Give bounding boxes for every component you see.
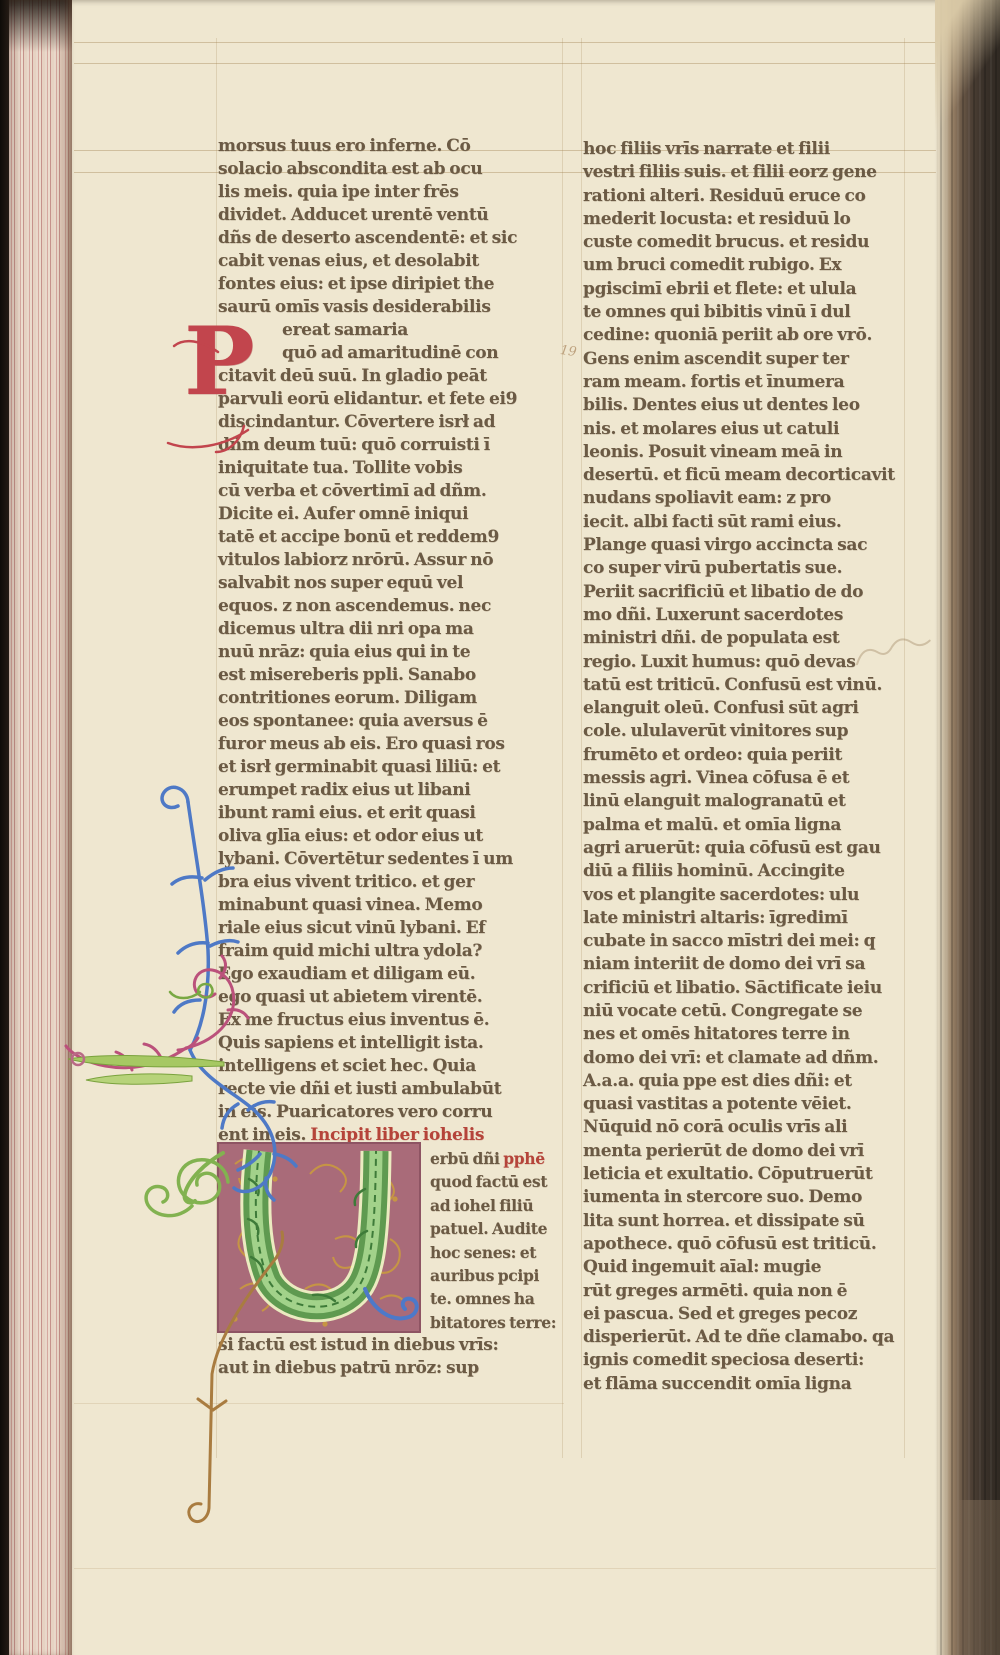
ink-text: cubate in sacco mīstri dei mei: q: [583, 931, 875, 951]
ink-text: co super virū pubertatis sue.: [583, 558, 842, 578]
ink-text: A.a.a. quia ppe est dies dñi: et: [583, 1071, 852, 1091]
ink-text: disperierūt. Ad te dñe clamabo. qa: [583, 1327, 894, 1347]
text-line: cabit venas eius, et desolabit: [218, 250, 517, 273]
ink-text: messis agri. Vinea cōfusa ē et: [583, 768, 849, 788]
ink-text: te. omnes ha: [430, 1289, 535, 1308]
ink-text: niam interiit de domo dei vrī sa: [583, 954, 865, 974]
ink-text: lita sunt horrea. et dissipate sū: [583, 1211, 865, 1231]
text-line: hoc senes: et: [430, 1241, 556, 1264]
ink-text: auribus pcipi: [430, 1266, 539, 1285]
ink-text: hoc senes: et: [430, 1243, 536, 1262]
ink-text: cedine: quoniā periit ab ore vrō.: [583, 325, 872, 345]
ink-text: bilis. Dentes eius ut dentes leo: [583, 395, 860, 415]
ink-text: erbū dñi: [430, 1149, 503, 1168]
text-line: leonis. Posuit vineam meā in: [583, 441, 895, 464]
ink-text: linū elanguit malogranatū et: [583, 791, 846, 811]
ink-text: solacio abscondita est ab ocu: [218, 159, 482, 179]
text-line: iumenta in stercore suo. Demo: [583, 1186, 895, 1209]
text-line: co super virū pubertatis sue.: [583, 557, 895, 580]
ink-text: iumenta in stercore suo. Demo: [583, 1187, 862, 1207]
ink-text: mo dñi. Luxerunt sacerdotes: [583, 605, 843, 625]
text-line: hoc filiis vrīs narrate et filii: [583, 138, 895, 161]
ink-text: ministri dñi. de populata est: [583, 628, 839, 648]
ink-text: equos. z non ascendemus. nec: [218, 596, 491, 616]
text-line: est misereberis ppli. Sanabo: [218, 664, 517, 687]
ink-text: um bruci comedit rubigo. Ex: [583, 255, 841, 275]
ruling-line: [74, 63, 936, 64]
flourish-strokes: [168, 341, 248, 452]
page-edges-right-lower: [950, 1500, 1000, 1655]
ink-text: nuū nrāz: quia eius qui in te: [218, 642, 470, 662]
text-line: nes et omēs hitatores terre in: [583, 1023, 895, 1046]
border-vine-decoration: [42, 738, 302, 1578]
ink-text: ad iohel filiū: [430, 1196, 533, 1215]
text-line: dñs de deserto ascendentē: et sic: [218, 227, 517, 250]
text-line: patuel. Audite: [430, 1217, 556, 1240]
ink-text: rationi alteri. Residuū eruce co: [583, 186, 866, 206]
page-edges-right: [935, 0, 1000, 1655]
text-line: A.a.a. quia ppe est dies dñi: et: [583, 1070, 895, 1093]
text-line: rūt greges armēti. quia non ē: [583, 1280, 895, 1303]
ink-text: rūt greges armēti. quia non ē: [583, 1281, 847, 1301]
text-line: ram meam. fortis et īnumera: [583, 371, 895, 394]
ink-text: est misereberis ppli. Sanabo: [218, 665, 476, 685]
ink-text: palma et malū. et omīa ligna: [583, 815, 841, 835]
text-line: nis. et molares eius ut catuli: [583, 418, 895, 441]
text-line: pgiscimī ebrii et flete: et ulula: [583, 278, 895, 301]
ink-text: Periit sacrificiū et libatio de do: [583, 582, 863, 602]
ink-text: hoc filiis vrīs narrate et filii: [583, 139, 830, 159]
text-line: Plange quasi virgo accincta sac: [583, 534, 895, 557]
ink-text: ram meam. fortis et īnumera: [583, 372, 844, 392]
text-line: crificiū et libatio. Sāctificate ieiu: [583, 977, 895, 1000]
text-line: frumēto et ordeo: quia periit: [583, 744, 895, 767]
text-line: dividet. Adducet urentē ventū: [218, 204, 517, 227]
dropcap-flourish: [148, 326, 298, 466]
text-line: diū a filiis hominū. Accingite: [583, 860, 895, 883]
text-line: equos. z non ascendemus. nec: [218, 595, 517, 618]
text-line: cedine: quoniā periit ab ore vrō.: [583, 324, 895, 347]
ink-text: eos spontanee: quia aversus ē: [218, 711, 488, 731]
page-curl-highlight: [935, 0, 1000, 130]
ink-text: quō ad amaritudinē con: [282, 343, 498, 363]
ink-text: dividet. Adducet urentē ventū: [218, 205, 488, 225]
text-line: auribus pcipi: [430, 1264, 556, 1287]
book-gutter-edge: [0, 0, 9, 1655]
text-line: lita sunt horrea. et dissipate sū: [583, 1210, 895, 1233]
text-line: vitulos labiorz nrōrū. Assur nō: [218, 549, 517, 572]
ink-text: saurū omīs vasis desiderabilis: [218, 297, 491, 317]
ink-text: tatē et accipe bonū et reddem9: [218, 527, 499, 547]
text-line: nuū nrāz: quia eius qui in te: [218, 641, 517, 664]
text-line: vos et plangite sacerdotes: ulu: [583, 884, 895, 907]
ink-text: Plange quasi virgo accincta sac: [583, 535, 867, 555]
ink-text: custe comedit brucus. et residu: [583, 232, 869, 252]
text-line: ei pascua. Sed et greges pecoz: [583, 1303, 895, 1326]
ruling-line: [562, 38, 563, 1458]
text-line: desertū. et ficū meam decorticavit: [583, 464, 895, 487]
ink-text: vitulos labiorz nrōrū. Assur nō: [218, 550, 493, 570]
ink-text: agri aruerūt: quia cōfusū est gau: [583, 838, 881, 858]
ink-text: Dicite ei. Aufer omnē iniqui: [218, 504, 468, 524]
text-line: saurū omīs vasis desiderabilis: [218, 296, 517, 319]
text-line: cū verba et cōvertimī ad dñm.: [218, 480, 517, 503]
folio-mark: 19: [559, 343, 577, 360]
text-line: cole. ululaverūt vinitores sup: [583, 720, 895, 743]
ink-text: domo dei vrī: et clamate ad dñm.: [583, 1048, 878, 1068]
ink-text: desertū. et ficū meam decorticavit: [583, 465, 895, 485]
ink-text: lis meis. quia ipe inter frēs: [218, 182, 459, 202]
ink-text: tatū est triticū. Confusū est vinū.: [583, 675, 882, 695]
text-line: Quid ingemuit aīal: mugie: [583, 1256, 895, 1279]
text-line: late ministri altaris: īgredimī: [583, 907, 895, 930]
text-line: leticia et exultatio. Cōputruerūt: [583, 1163, 895, 1186]
text-line: menta perierūt de domo dei vrī: [583, 1140, 895, 1163]
ruling-line: [581, 38, 582, 1458]
ink-text: nes et omēs hitatores terre in: [583, 1024, 850, 1044]
ink-text: et flāma succendit omīa ligna: [583, 1374, 851, 1394]
text-line: ad iohel filiū: [430, 1194, 556, 1217]
text-line: bitatores terre:: [430, 1311, 556, 1334]
text-line: fontes eius: et ipse diripiet the: [218, 273, 517, 296]
ink-text: menta perierūt de domo dei vrī: [583, 1141, 864, 1161]
text-line: rationi alteri. Residuū eruce co: [583, 185, 895, 208]
text-line: dicemus ultra dii nri opa ma: [218, 618, 517, 641]
rubric-text: pphē: [503, 1149, 545, 1168]
ink-text: regio. Luxit humus: quō devas: [583, 652, 855, 672]
text-line: Dicite ei. Aufer omnē iniqui: [218, 503, 517, 526]
ink-text: diū a filiis hominū. Accingite: [583, 861, 845, 881]
text-line: eos spontanee: quia aversus ē: [218, 710, 517, 733]
text-line: tatū est triticū. Confusū est vinū.: [583, 674, 895, 697]
vine-pink-stem: [66, 956, 248, 1070]
text-line: Gens enim ascendit super ter: [583, 348, 895, 371]
text-line: niū vocate cetū. Congregate se: [583, 1000, 895, 1023]
text-line: bilis. Dentes eius ut dentes leo: [583, 394, 895, 417]
ink-text: cole. ululaverūt vinitores sup: [583, 721, 848, 741]
text-line: quod factū est: [430, 1170, 556, 1193]
ruling-line: [904, 38, 905, 1458]
text-line: disperierūt. Ad te dñe clamabo. qa: [583, 1326, 895, 1349]
text-line: solacio abscondita est ab ocu: [218, 158, 517, 181]
ink-text: patuel. Audite: [430, 1219, 547, 1238]
text-line: agri aruerūt: quia cōfusū est gau: [583, 837, 895, 860]
text-line: te. omnes ha: [430, 1287, 556, 1310]
ink-text: vestri filiis suis. et filii eorz gene: [583, 162, 877, 182]
text-line: lis meis. quia ipe inter frēs: [218, 181, 517, 204]
ink-text: contritiones eorum. Diligam: [218, 688, 477, 708]
text-line: contritiones eorum. Diligam: [218, 687, 517, 710]
ink-text: apothece. quō cōfusū est triticū.: [583, 1234, 876, 1254]
text-line: Nūquid nō corā oculis vrīs ali: [583, 1116, 895, 1139]
ink-text: morsus tuus ero inferne. Cō: [218, 136, 470, 156]
ink-text: frumēto et ordeo: quia periit: [583, 745, 842, 765]
text-line: nudans spoliavit eam: z pro: [583, 487, 895, 510]
text-line: quasi vastitas a potente vēiet.: [583, 1093, 895, 1116]
ink-text: cū verba et cōvertimī ad dñm.: [218, 481, 486, 501]
ink-text: Gens enim ascendit super ter: [583, 349, 849, 369]
manuscript-photo: morsus tuus ero inferne. Cōsolacio absco…: [0, 0, 1000, 1655]
ink-text: ereat samaria: [282, 320, 408, 340]
ink-text: leticia et exultatio. Cōputruerūt: [583, 1164, 873, 1184]
text-line: tatē et accipe bonū et reddem9: [218, 526, 517, 549]
right-column-text: hoc filiis vrīs narrate et filiivestri f…: [583, 138, 895, 1396]
ink-text: cabit venas eius, et desolabit: [218, 251, 479, 271]
text-line: um bruci comedit rubigo. Ex: [583, 254, 895, 277]
vine-brown-stem: [189, 1232, 283, 1522]
text-line: et flāma succendit omīa ligna: [583, 1373, 895, 1396]
ink-text: bitatores terre:: [430, 1313, 556, 1332]
ink-text: quod factū est: [430, 1172, 547, 1191]
text-line: palma et malū. et omīa ligna: [583, 814, 895, 837]
ink-text: iecit. albi facti sūt rami eius.: [583, 512, 841, 532]
ink-text: te omnes qui bibitis vinū ī dul: [583, 302, 850, 322]
ink-text: crificiū et libatio. Sāctificate ieiu: [583, 978, 882, 998]
text-line: morsus tuus ero inferne. Cō: [218, 135, 517, 158]
ink-text: nudans spoliavit eam: z pro: [583, 488, 831, 508]
text-line: mederit locusta: et residuū lo: [583, 208, 895, 231]
left-column-text-beside-initial: erbū dñi pphēquod factū estad iohel fili…: [430, 1147, 556, 1334]
text-line: niam interiit de domo dei vrī sa: [583, 953, 895, 976]
ink-text: quasi vastitas a potente vēiet.: [583, 1094, 852, 1114]
text-line: cubate in sacco mīstri dei mei: q: [583, 930, 895, 953]
ink-text: Nūquid nō corā oculis vrīs ali: [583, 1117, 847, 1137]
ink-text: elanguit oleū. Confusi sūt agri: [583, 698, 859, 718]
text-line: messis agri. Vinea cōfusa ē et: [583, 767, 895, 790]
ruling-line: [74, 42, 936, 43]
text-line: elanguit oleū. Confusi sūt agri: [583, 697, 895, 720]
text-line: te omnes qui bibitis vinū ī dul: [583, 301, 895, 324]
ink-text: niū vocate cetū. Congregate se: [583, 1001, 862, 1021]
ink-text: leonis. Posuit vineam meā in: [583, 442, 842, 462]
text-line: custe comedit brucus. et residu: [583, 231, 895, 254]
text-line: erbū dñi pphē: [430, 1147, 556, 1170]
ink-text: fontes eius: et ipse diripiet the: [218, 274, 494, 294]
vine-blue-stem: [162, 787, 296, 1200]
ink-text: ignis comedit speciosa deserti:: [583, 1350, 864, 1370]
text-line: iecit. albi facti sūt rami eius.: [583, 511, 895, 534]
ink-text: vos et plangite sacerdotes: ulu: [583, 885, 859, 905]
ink-text: dñs de deserto ascendentē: et sic: [218, 228, 517, 248]
text-line: domo dei vrī: et clamate ad dñm.: [583, 1047, 895, 1070]
text-line: regio. Luxit humus: quō devas: [583, 651, 895, 674]
ink-text: late ministri altaris: īgredimī: [583, 908, 848, 928]
ink-text: salvabit nos super equū vel: [218, 573, 463, 593]
ink-text: dicemus ultra dii nri opa ma: [218, 619, 474, 639]
ink-text: nis. et molares eius ut catuli: [583, 419, 839, 439]
vine-green-curl: [146, 1160, 228, 1216]
ink-text: Quid ingemuit aīal: mugie: [583, 1257, 821, 1277]
text-line: salvabit nos super equū vel: [218, 572, 517, 595]
text-line: Periit sacrificiū et libatio de do: [583, 581, 895, 604]
text-line: apothece. quō cōfusū est triticū.: [583, 1233, 895, 1256]
ink-text: mederit locusta: et residuū lo: [583, 209, 851, 229]
ink-text: pgiscimī ebrii et flete: et ulula: [583, 279, 856, 299]
text-line: linū elanguit malogranatū et: [583, 790, 895, 813]
text-line: vestri filiis suis. et filii eorz gene: [583, 161, 895, 184]
ink-text: ei pascua. Sed et greges pecoz: [583, 1304, 857, 1324]
text-line: ignis comedit speciosa deserti:: [583, 1349, 895, 1372]
text-line: mo dñi. Luxerunt sacerdotes: [583, 604, 895, 627]
